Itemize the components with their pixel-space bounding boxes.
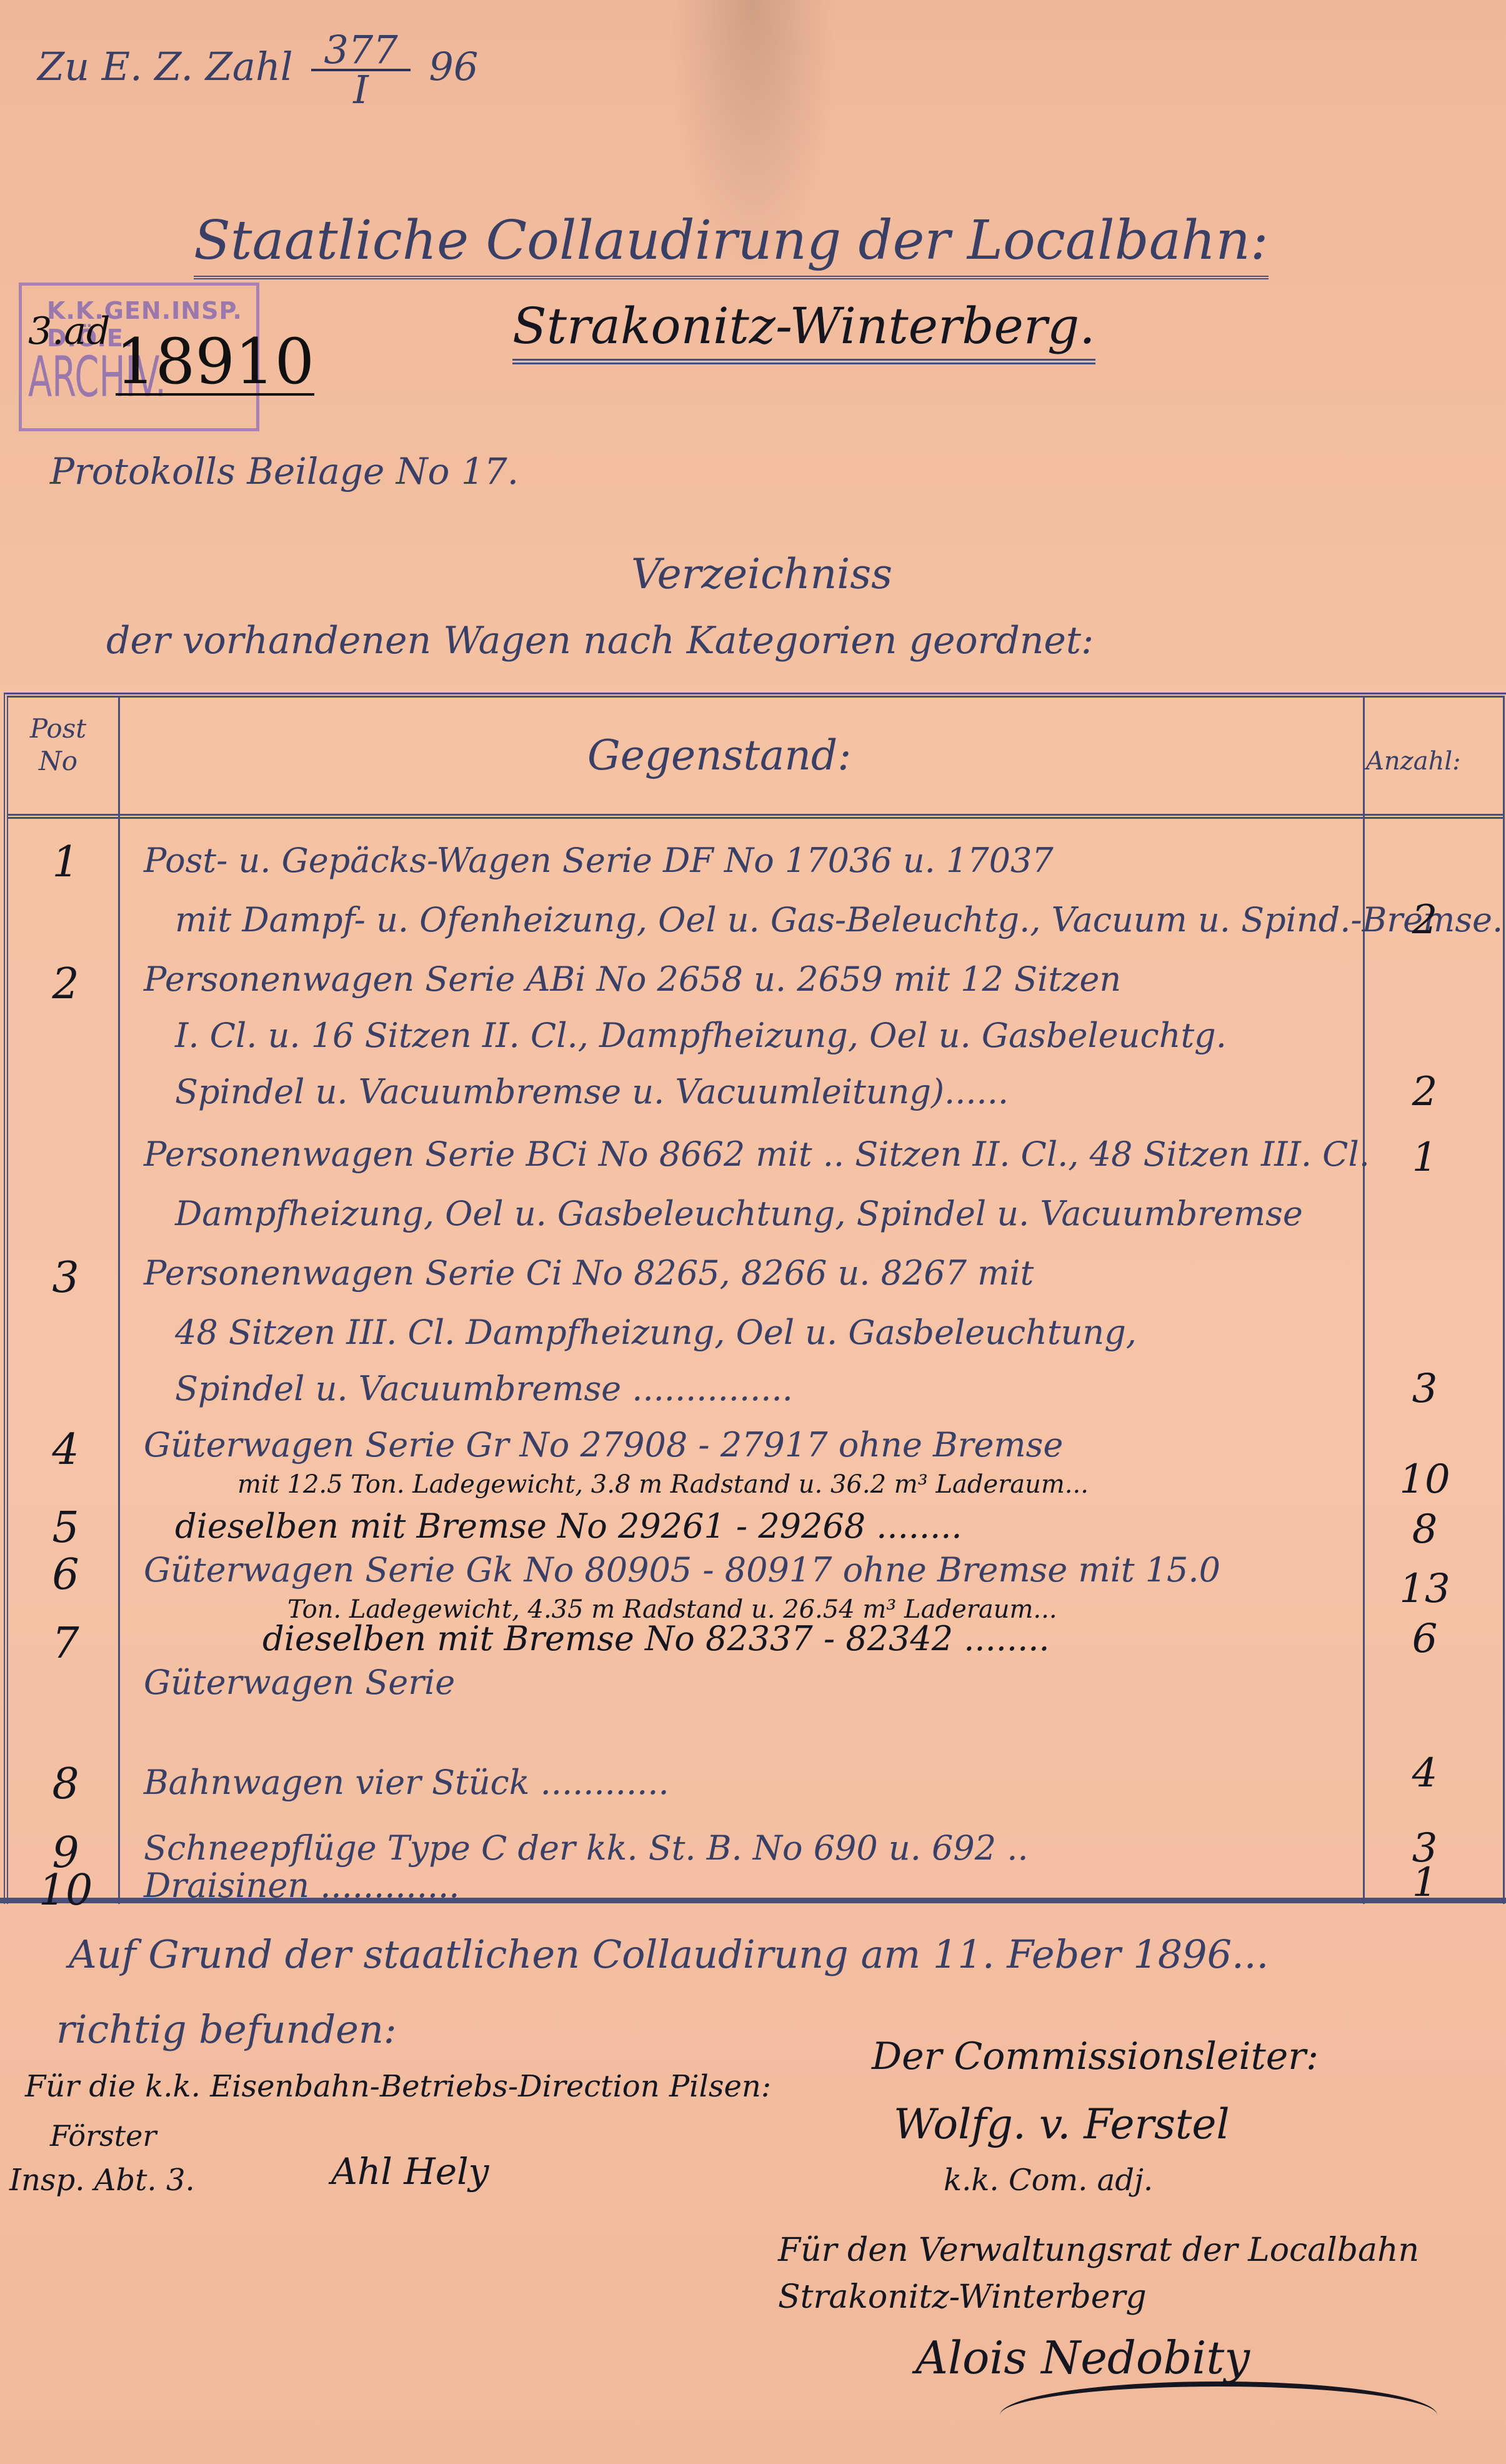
table-row-line: Personenwagen Serie ABi No 2658 u. 2659 … <box>144 959 1121 999</box>
board-signature: Alois Nedobity <box>915 2331 1250 2384</box>
reference-year: 96 <box>429 44 478 89</box>
row-post-number: 3 <box>19 1253 112 1303</box>
commission-leader-label: Der Commissionsleiter: <box>872 2035 1319 2078</box>
row-quantity: 1 <box>1369 1134 1481 1181</box>
file-reference: Zu E. Z. Zahl 377 I 96 <box>37 31 478 109</box>
commission-leader-signature: Wolfg. v. Ferstel <box>894 2100 1230 2148</box>
row-post-number: 5 <box>19 1503 112 1553</box>
railway-direction-signature: Förster <box>50 2119 156 2153</box>
railway-direction-signature-2: Ahl Hely <box>331 2150 489 2193</box>
row-post-number: 2 <box>19 959 112 1009</box>
reference-prefix: Zu E. Z. Zahl <box>37 44 293 89</box>
table-row-line: dieselben mit Bremse No 82337 - 82342 ..… <box>262 1619 1050 1658</box>
table-row-line: mit Dampf- u. Ofenheizung, Oel u. Gas-Be… <box>175 900 1506 939</box>
board-label-line: Strakonitz-Winterberg <box>778 2278 1147 2316</box>
row-post-number: 6 <box>19 1550 112 1600</box>
table-row-line: dieselben mit Bremse No 29261 - 29268 ..… <box>175 1506 962 1546</box>
row-quantity: 3 <box>1369 1366 1481 1412</box>
table-row-line: Schneepflüge Type C der kk. St. B. No 69… <box>144 1828 1029 1868</box>
list-title: Verzeichniss <box>631 550 892 598</box>
header-subject: Gegenstand: <box>587 731 851 779</box>
row-post-number: 10 <box>19 1866 112 1915</box>
table-row-line: Post- u. Gepäcks-Wagen Serie DF No 17036… <box>144 841 1054 880</box>
certification-statement: Auf Grund der staatlichen Collaudirung a… <box>69 1931 1269 1977</box>
railway-direction-label: Für die k.k. Eisenbahn-Betriebs-Directio… <box>25 2069 771 2104</box>
railway-line-title: Strakonitz-Winterberg. <box>512 297 1095 364</box>
table-row-line: Güterwagen Serie Gr No 27908 - 27917 ohn… <box>144 1425 1063 1465</box>
document-title: Staatliche Collaudirung der Localbahn: <box>194 209 1269 279</box>
reference-numerator: 377 <box>311 31 410 71</box>
row-quantity: 4 <box>1369 1750 1481 1796</box>
table-row-line: Dampfheizung, Oel u. Gasbeleuchtung, Spi… <box>175 1194 1303 1233</box>
header-divider <box>8 814 1503 819</box>
row-post-number: 8 <box>19 1760 112 1809</box>
row-quantity: 6 <box>1369 1616 1481 1662</box>
table-row-line: Bahnwagen vier Stück ............ <box>144 1763 669 1802</box>
table-row-line: 48 Sitzen III. Cl. Dampfheizung, Oel u. … <box>175 1313 1137 1352</box>
archive-stamp: K.K.GEN.INSP. D.Ö.E. ARCHIV. 3.ad 18910 <box>19 283 259 431</box>
row-quantity: 8 <box>1369 1506 1481 1553</box>
table-row-line: Güterwagen Serie Gk No 80905 - 80917 ohn… <box>144 1550 1220 1590</box>
reference-fraction: 377 I <box>311 31 410 109</box>
signature-flourish <box>1000 2381 1437 2449</box>
railway-direction-dept: Insp. Abt. 3. <box>9 2163 195 2198</box>
certification-statement-cont: richtig befunden: <box>56 2006 397 2052</box>
header-post-no: Post No <box>17 713 99 778</box>
table-row-line: mit 12.5 Ton. Ladegewicht, 3.8 m Radstan… <box>237 1470 1089 1499</box>
stamp-handwritten-prefix: 3.ad <box>28 309 110 353</box>
reference-denominator: I <box>311 71 410 109</box>
table-row-line: Personenwagen Serie BCi No 8662 mit .. S… <box>144 1134 1370 1174</box>
row-quantity: 2 <box>1369 1069 1481 1115</box>
row-post-number: 1 <box>19 838 112 887</box>
board-label: Für den Verwaltungsrat der Localbahn <box>778 2231 1419 2269</box>
protocol-attachment: Protokolls Beilage No 17. <box>50 450 519 493</box>
table-row-line: Draisinen ............. <box>144 1866 459 1905</box>
stamp-archive-number: 18910 <box>116 331 314 396</box>
commission-leader-title: k.k. Com. adj. <box>944 2163 1153 2198</box>
row-post-number: 7 <box>19 1619 112 1668</box>
row-post-number: 4 <box>19 1425 112 1475</box>
table-row-line: I. Cl. u. 16 Sitzen II. Cl., Dampfheizun… <box>175 1016 1227 1055</box>
table-row-line: Spindel u. Vacuumbremse u. Vacuumleitung… <box>175 1072 1009 1111</box>
column-divider <box>1363 698 1365 1904</box>
table-row-line: Spindel u. Vacuumbremse ............... <box>175 1369 793 1408</box>
table-row-line: Güterwagen Serie <box>144 1663 455 1702</box>
row-quantity: 2 <box>1369 897 1481 943</box>
row-quantity: 10 <box>1369 1456 1481 1503</box>
list-subtitle: der vorhandenen Wagen nach Kategorien ge… <box>106 619 1094 663</box>
column-divider <box>118 698 120 1904</box>
table-row-line: Personenwagen Serie Ci No 8265, 8266 u. … <box>144 1253 1034 1293</box>
row-quantity: 13 <box>1369 1566 1481 1612</box>
row-quantity: 1 <box>1369 1860 1481 1906</box>
header-quantity: Anzahl: <box>1366 747 1461 776</box>
